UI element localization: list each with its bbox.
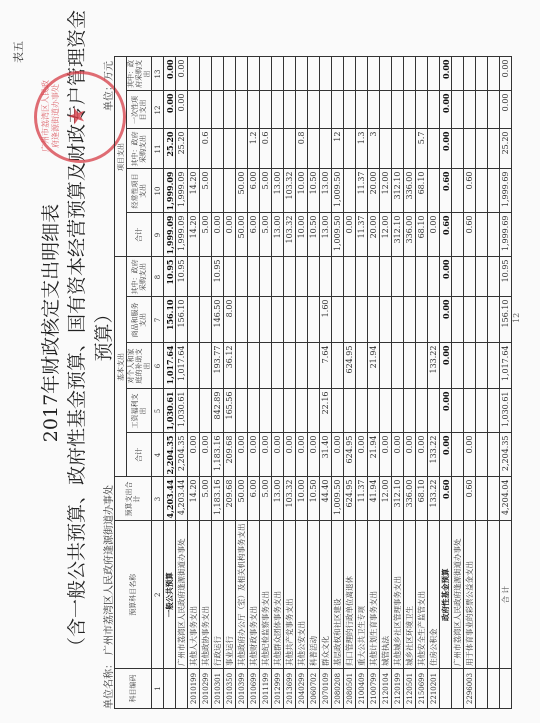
amount-cell-c9: 5.00 bbox=[260, 213, 272, 257]
table-row: 2010199其他人大事务支出14.200.0014.2014.20 bbox=[188, 57, 200, 709]
header-basic-group: 基本支出 bbox=[115, 257, 127, 477]
amount-cell-c9: 0.60 bbox=[464, 213, 476, 257]
column-index: 8 bbox=[152, 257, 164, 297]
amount-cell-c8 bbox=[272, 257, 284, 297]
account-name: 其他纪检监察事务支出 bbox=[260, 521, 272, 669]
amount-cell-c6 bbox=[464, 343, 476, 389]
amount-cell-c6 bbox=[236, 343, 248, 389]
amount-cell-c4: 0.00 bbox=[464, 433, 476, 477]
amount-cell-c5: 1,030.61 bbox=[176, 389, 188, 433]
amount-cell-c7 bbox=[452, 297, 464, 343]
amount-cell-c12 bbox=[188, 91, 200, 129]
amount-cell-c9: 13.00 bbox=[272, 213, 284, 257]
amount-cell-c12 bbox=[380, 91, 392, 129]
column-index: 4 bbox=[152, 433, 164, 477]
amount-cell-c8 bbox=[284, 257, 296, 297]
amount-cell-c13 bbox=[404, 57, 416, 91]
amount-cell-c12: 0.00 bbox=[500, 91, 512, 129]
amount-cell-c5 bbox=[344, 389, 356, 433]
column-index: 3 bbox=[152, 477, 164, 521]
account-name: 其他城乡社区管理事务支出 bbox=[392, 521, 404, 669]
amount-cell-c9 bbox=[488, 213, 500, 257]
account-code: 2013699 bbox=[284, 669, 296, 709]
amount-cell-c8 bbox=[320, 257, 332, 297]
amount-cell-c5 bbox=[260, 389, 272, 433]
amount-cell-c11: 0.00 bbox=[440, 129, 452, 169]
amount-cell-c12 bbox=[404, 91, 416, 129]
amount-cell-c6 bbox=[308, 343, 320, 389]
amount-cell-c11: 0.6 bbox=[200, 129, 212, 169]
amount-cell-c3: 1,183.16 bbox=[212, 477, 224, 521]
header-project-group: 项目支出 bbox=[115, 57, 127, 257]
header-basic-total: 合计 bbox=[127, 433, 152, 477]
amount-cell-c5 bbox=[296, 389, 308, 433]
amount-cell-c10: 11.37 bbox=[356, 169, 368, 213]
amount-cell-c13 bbox=[212, 57, 224, 91]
header-name: 预算科目名称 bbox=[115, 521, 152, 669]
unit-name-line: 单位名称：广州市荔湾区人民政府逢源街道办事处 bbox=[100, 485, 115, 709]
amount-cell-c12 bbox=[452, 91, 464, 129]
amount-cell-c13 bbox=[248, 57, 260, 91]
header-project-total: 合计 bbox=[127, 213, 152, 257]
header-recurring: 经常性项目支出 bbox=[127, 169, 152, 213]
amount-cell-c4: 0.00 bbox=[296, 433, 308, 477]
amount-cell-c13 bbox=[320, 57, 332, 91]
amount-cell-c12 bbox=[296, 91, 308, 129]
table-row: 广州市荔湾区人民政府逢源街道办事处4,203.442,204.351,030.6… bbox=[176, 57, 188, 709]
rotated-document: 表五 2017年财政核定支出明细表 （含一般公共预算、政府性基金预算、国有资本经… bbox=[0, 0, 540, 723]
amount-cell-c11: 25.20 bbox=[500, 129, 512, 169]
amount-cell-c6 bbox=[188, 343, 200, 389]
amount-cell-c4: 0.00 bbox=[356, 433, 368, 477]
amount-cell-c9: 1,999.69 bbox=[500, 213, 512, 257]
amount-cell-c9: 13.00 bbox=[320, 213, 332, 257]
amount-cell-c6 bbox=[296, 343, 308, 389]
amount-cell-c3: 4,204.04 bbox=[500, 477, 512, 521]
amount-cell-c9: 103.32 bbox=[284, 213, 296, 257]
table-row: 2150699其他安全生产监管支出68.100.0068.1068.105.7 bbox=[416, 57, 428, 709]
table-label: 表五 bbox=[10, 41, 26, 63]
amount-cell-c6 bbox=[284, 343, 296, 389]
table-row: 2296003用于体育事业的彩票公益金支出0.600.000.600.60 bbox=[464, 57, 476, 709]
amount-cell-c11 bbox=[224, 129, 236, 169]
amount-cell-c5: 842.89 bbox=[212, 389, 224, 433]
amount-cell-c13 bbox=[272, 57, 284, 91]
amount-cell-c11 bbox=[428, 129, 440, 169]
amount-cell-c13: 0.00 bbox=[500, 57, 512, 91]
account-name: 其他政协事务支出 bbox=[200, 521, 212, 669]
amount-cell-c11 bbox=[272, 129, 284, 169]
amount-cell-c9: 50.00 bbox=[236, 213, 248, 257]
amount-cell-c11 bbox=[404, 129, 416, 169]
amount-cell-c8 bbox=[380, 257, 392, 297]
amount-cell-c9: 0.00 bbox=[344, 213, 356, 257]
amount-cell-c5 bbox=[200, 389, 212, 433]
amount-cell-c10: 0.60 bbox=[464, 169, 476, 213]
amount-cell-c10 bbox=[212, 169, 224, 213]
amount-cell-c12: 0.00 bbox=[440, 91, 452, 129]
account-name: 广州市荔湾区人民政府逢源街道办事处 bbox=[452, 521, 464, 669]
amount-cell-c13: 0.00 bbox=[440, 57, 452, 91]
amount-cell-c9: 12.00 bbox=[380, 213, 392, 257]
amount-cell-c3: 13.00 bbox=[272, 477, 284, 521]
column-index: 12 bbox=[152, 91, 164, 129]
amount-cell-c11: 0.8 bbox=[296, 129, 308, 169]
amount-cell-c11: 25.20 bbox=[176, 129, 188, 169]
amount-cell-c6: 36.12 bbox=[224, 343, 236, 389]
amount-cell-c7: 8.00 bbox=[224, 297, 236, 343]
amount-cell-c3: 0.60 bbox=[464, 477, 476, 521]
amount-cell-c7: 156.10 bbox=[176, 297, 188, 343]
amount-cell-c11 bbox=[452, 129, 464, 169]
amount-cell-c13 bbox=[308, 57, 320, 91]
amount-cell-c9: 20.00 bbox=[368, 213, 380, 257]
account-name: 行政运行 bbox=[212, 521, 224, 669]
account-name: 政府性基金预算 bbox=[440, 521, 452, 669]
amount-cell-c3: 4,203.44 bbox=[176, 477, 188, 521]
amount-cell-c12 bbox=[476, 91, 488, 129]
amount-cell-c4: 0.00 bbox=[236, 433, 248, 477]
amount-cell-c7 bbox=[464, 297, 476, 343]
amount-cell-c11: 5.7 bbox=[416, 129, 428, 169]
amount-cell-c12 bbox=[320, 91, 332, 129]
column-index: 1 bbox=[152, 669, 164, 709]
amount-cell-c12 bbox=[284, 91, 296, 129]
account-code bbox=[440, 669, 452, 709]
account-name: 其他安全生产监管支出 bbox=[416, 521, 428, 669]
amount-cell-c8: 10.95 bbox=[212, 257, 224, 297]
amount-cell-c9 bbox=[476, 213, 488, 257]
amount-cell-c11 bbox=[308, 129, 320, 169]
amount-cell-c13 bbox=[236, 57, 248, 91]
column-index: 6 bbox=[152, 343, 164, 389]
amount-cell-c8: 10.95 bbox=[500, 257, 512, 297]
amount-cell-c11 bbox=[320, 129, 332, 169]
amount-cell-c4: 0.00 bbox=[188, 433, 200, 477]
amount-cell-c4: 2,204.35 bbox=[176, 433, 188, 477]
amount-cell-c12 bbox=[428, 91, 440, 129]
table-row: 一般公共预算4,203.442,204.351,030.611,017.6415… bbox=[164, 57, 176, 709]
amount-cell-c3: 0.60 bbox=[440, 477, 452, 521]
column-index: 13 bbox=[152, 57, 164, 91]
account-code: 2296003 bbox=[464, 669, 476, 709]
amount-cell-c7 bbox=[392, 297, 404, 343]
amount-cell-c3: 50.00 bbox=[236, 477, 248, 521]
amount-cell-c13 bbox=[464, 57, 476, 91]
account-code: 2040299 bbox=[296, 669, 308, 709]
header-index-row: 12345678910111213 bbox=[152, 57, 164, 709]
amount-cell-c3: 44.40 bbox=[320, 477, 332, 521]
account-name: 归口管理的行政单位离退休 bbox=[344, 521, 356, 669]
amount-cell-c9: 312.10 bbox=[392, 213, 404, 257]
amount-cell-c10: 12.00 bbox=[380, 169, 392, 213]
amount-cell-c6 bbox=[452, 343, 464, 389]
amount-cell-c6 bbox=[416, 343, 428, 389]
amount-cell-c11 bbox=[476, 129, 488, 169]
account-name: 群众文化 bbox=[320, 521, 332, 669]
amount-cell-c6: 21.94 bbox=[368, 343, 380, 389]
amount-cell-c4: 0.00 bbox=[260, 433, 272, 477]
account-name: 城管执法 bbox=[380, 521, 392, 669]
account-code bbox=[500, 669, 512, 709]
amount-cell-c5 bbox=[236, 389, 248, 433]
amount-cell-c13 bbox=[416, 57, 428, 91]
amount-cell-c13 bbox=[260, 57, 272, 91]
amount-cell-c4: 0.00 bbox=[332, 433, 344, 477]
amount-cell-c13 bbox=[488, 57, 500, 91]
budget-table: 科目编码 预算科目名称 预算支出合计 基本支出 项目支出 合计 工资福利支出 对… bbox=[114, 57, 512, 710]
amount-cell-c5 bbox=[368, 389, 380, 433]
amount-cell-c6 bbox=[392, 343, 404, 389]
amount-cell-c5: 1,030.61 bbox=[500, 389, 512, 433]
table-row bbox=[476, 57, 488, 709]
header-total: 预算支出合计 bbox=[115, 477, 152, 521]
amount-cell-c11 bbox=[188, 129, 200, 169]
amount-cell-c7 bbox=[188, 297, 200, 343]
amount-cell-c12 bbox=[392, 91, 404, 129]
amount-cell-c5 bbox=[332, 389, 344, 433]
account-name: 事业运行 bbox=[224, 521, 236, 669]
header-wages: 工资福利支出 bbox=[127, 389, 152, 433]
amount-cell-c12 bbox=[260, 91, 272, 129]
amount-cell-c7: 156.10 bbox=[164, 297, 176, 343]
account-code: 2010299 bbox=[200, 669, 212, 709]
amount-cell-c7: 0.00 bbox=[440, 297, 452, 343]
amount-cell-c11 bbox=[392, 129, 404, 169]
amount-cell-c4: 31.40 bbox=[320, 433, 332, 477]
header-recurring-procurement: 其中：政府采购支出 bbox=[127, 129, 152, 169]
seal-text: 广州市荔湾区人民政府逢源街道办事处 bbox=[41, 78, 61, 154]
account-code: 2011199 bbox=[260, 669, 272, 709]
amount-cell-c7 bbox=[416, 297, 428, 343]
amount-cell-c3: 10.00 bbox=[296, 477, 308, 521]
amount-cell-c7 bbox=[308, 297, 320, 343]
amount-cell-c4: 0.00 bbox=[392, 433, 404, 477]
table-row: 2100409重大公共卫生专项11.370.0011.3711.371.3 bbox=[356, 57, 368, 709]
account-name: 一般公共预算 bbox=[164, 521, 176, 669]
amount-cell-c5: 1,030.61 bbox=[164, 389, 176, 433]
amount-cell-c13 bbox=[356, 57, 368, 91]
amount-cell-c11 bbox=[236, 129, 248, 169]
amount-cell-c12 bbox=[236, 91, 248, 129]
table-row: 2070109群众文化44.4031.4022.167.641.6013.001… bbox=[320, 57, 332, 709]
amount-cell-c13 bbox=[392, 57, 404, 91]
account-name bbox=[488, 521, 500, 669]
account-name: 其他政府办公厅（室）及相关机构事务支出 bbox=[236, 521, 248, 669]
amount-cell-c4: 624.95 bbox=[344, 433, 356, 477]
amount-cell-c9: 11.37 bbox=[356, 213, 368, 257]
amount-cell-c8 bbox=[392, 257, 404, 297]
account-name: 基层政权和社区建设 bbox=[332, 521, 344, 669]
amount-cell-c11: 25.20 bbox=[164, 129, 176, 169]
amount-cell-c7 bbox=[380, 297, 392, 343]
amount-cell-c13 bbox=[224, 57, 236, 91]
amount-cell-c6 bbox=[332, 343, 344, 389]
amount-cell-c3: 5.00 bbox=[200, 477, 212, 521]
table-row: 2210201住房公积金133.22133.22133.220.00 bbox=[428, 57, 440, 709]
amount-cell-c3: 1,009.50 bbox=[332, 477, 344, 521]
amount-cell-c5 bbox=[284, 389, 296, 433]
amount-cell-c4: 2,204.35 bbox=[164, 433, 176, 477]
account-code: 2010301 bbox=[212, 669, 224, 709]
column-index: 9 bbox=[152, 213, 164, 257]
table-row: 2010399其他政府办公厅（室）及相关机构事务支出50.000.0050.00… bbox=[236, 57, 248, 709]
table-row: 广州市荔湾区人民政府逢源街道办事处 bbox=[452, 57, 464, 709]
amount-cell-c12 bbox=[464, 91, 476, 129]
table-row: 2013699其他共产党事务支出103.320.00103.32103.32 bbox=[284, 57, 296, 709]
amount-cell-c4: 133.22 bbox=[428, 433, 440, 477]
amount-cell-c5 bbox=[488, 389, 500, 433]
amount-cell-c5 bbox=[476, 389, 488, 433]
account-code: 2010699 bbox=[248, 669, 260, 709]
account-name: 合 计 bbox=[500, 521, 512, 669]
amount-cell-c7 bbox=[404, 297, 416, 343]
amount-cell-c4: 0.00 bbox=[308, 433, 320, 477]
amount-cell-c8: 10.95 bbox=[176, 257, 188, 297]
amount-cell-c9: 0.60 bbox=[440, 213, 452, 257]
account-name bbox=[476, 521, 488, 669]
seal-star-icon: ★ bbox=[65, 106, 90, 126]
account-code: 2210201 bbox=[428, 669, 440, 709]
amount-cell-c8 bbox=[428, 257, 440, 297]
amount-cell-c9: 5.00 bbox=[200, 213, 212, 257]
amount-cell-c10: 1,999.09 bbox=[176, 169, 188, 213]
account-code: 2080501 bbox=[344, 669, 356, 709]
amount-cell-c7 bbox=[344, 297, 356, 343]
amount-cell-c12 bbox=[308, 91, 320, 129]
amount-cell-c5 bbox=[404, 389, 416, 433]
amount-cell-c9: 68.10 bbox=[416, 213, 428, 257]
amount-cell-c3: 11.37 bbox=[356, 477, 368, 521]
table-row: 2100799其他计划生育事务支出41.9421.9421.9420.0020.… bbox=[368, 57, 380, 709]
amount-cell-c13: 0.00 bbox=[176, 57, 188, 91]
amount-cell-c13 bbox=[368, 57, 380, 91]
amount-cell-c11: 0.6 bbox=[260, 129, 272, 169]
account-name: 科普活动 bbox=[308, 521, 320, 669]
table-row: 2010301行政运行1,183.161,183.16842.89193.771… bbox=[212, 57, 224, 709]
amount-cell-c6: 624.95 bbox=[344, 343, 356, 389]
amount-cell-c4 bbox=[488, 433, 500, 477]
account-code: 2080208 bbox=[332, 669, 344, 709]
amount-cell-c11 bbox=[344, 129, 356, 169]
amount-cell-c3: 68.10 bbox=[416, 477, 428, 521]
amount-cell-c5: 0.00 bbox=[440, 389, 452, 433]
account-code: 2120501 bbox=[404, 669, 416, 709]
amount-cell-c6: 7.64 bbox=[320, 343, 332, 389]
table-row: 2060702科普活动10.500.0010.5010.50 bbox=[308, 57, 320, 709]
account-code: 2150699 bbox=[416, 669, 428, 709]
amount-cell-c12 bbox=[356, 91, 368, 129]
amount-cell-c13 bbox=[344, 57, 356, 91]
amount-cell-c3 bbox=[488, 477, 500, 521]
table-row: 2120199其他城乡社区管理事务支出312.100.00312.10312.1… bbox=[392, 57, 404, 709]
amount-cell-c5 bbox=[272, 389, 284, 433]
amount-cell-c7 bbox=[476, 297, 488, 343]
amount-cell-c3: 6.00 bbox=[248, 477, 260, 521]
amount-cell-c13 bbox=[200, 57, 212, 91]
account-name: 其他人大事务支出 bbox=[188, 521, 200, 669]
amount-cell-c8 bbox=[404, 257, 416, 297]
account-code: 2120199 bbox=[392, 669, 404, 709]
amount-cell-c8: 0.00 bbox=[440, 257, 452, 297]
amount-cell-c12 bbox=[368, 91, 380, 129]
table-row: 2012999其他群众团体事务支出13.000.0013.0013.00 bbox=[272, 57, 284, 709]
amount-cell-c12 bbox=[488, 91, 500, 129]
account-code: 2010350 bbox=[224, 669, 236, 709]
amount-cell-c7 bbox=[200, 297, 212, 343]
amount-cell-c13: 0.00 bbox=[164, 57, 176, 91]
amount-cell-c4: 0.00 bbox=[416, 433, 428, 477]
amount-cell-c5 bbox=[356, 389, 368, 433]
amount-cell-c3: 12.00 bbox=[380, 477, 392, 521]
amount-cell-c9: 1,999.09 bbox=[176, 213, 188, 257]
amount-cell-c8 bbox=[356, 257, 368, 297]
amount-cell-c3 bbox=[452, 477, 464, 521]
amount-cell-c4: 2,204.35 bbox=[500, 433, 512, 477]
amount-cell-c5 bbox=[452, 389, 464, 433]
account-name: 其他计划生育事务支出 bbox=[368, 521, 380, 669]
amount-cell-c10 bbox=[428, 169, 440, 213]
amount-cell-c4: 0.00 bbox=[404, 433, 416, 477]
amount-cell-c4 bbox=[476, 433, 488, 477]
account-code: 2100409 bbox=[356, 669, 368, 709]
table-row bbox=[488, 57, 500, 709]
amount-cell-c9: 10.50 bbox=[308, 213, 320, 257]
amount-cell-c12: 0.00 bbox=[164, 91, 176, 129]
amount-cell-c3: 133.22 bbox=[428, 477, 440, 521]
amount-cell-c10 bbox=[344, 169, 356, 213]
account-code: 2060702 bbox=[308, 669, 320, 709]
amount-cell-c4: 209.68 bbox=[224, 433, 236, 477]
amount-cell-c9: 1,999.09 bbox=[164, 213, 176, 257]
header-row-group: 科目编码 预算科目名称 预算支出合计 基本支出 项目支出 bbox=[115, 57, 127, 709]
amount-cell-c5 bbox=[416, 389, 428, 433]
column-index: 11 bbox=[152, 129, 164, 169]
amount-cell-c5 bbox=[392, 389, 404, 433]
amount-cell-c10: 5.00 bbox=[200, 169, 212, 213]
amount-cell-c7 bbox=[488, 297, 500, 343]
table-row: 2010699其他财政事务支出6.000.006.006.001.2 bbox=[248, 57, 260, 709]
amount-cell-c12 bbox=[272, 91, 284, 129]
table-row: 合 计4,204.042,204.351,030.611,017.64156.1… bbox=[500, 57, 512, 709]
account-code: 2012999 bbox=[272, 669, 284, 709]
account-name: 用于体育事业的彩票公益金支出 bbox=[464, 521, 476, 669]
document-title: 2017年财政核定支出明细表 bbox=[36, 103, 63, 543]
amount-cell-c12: 0.00 bbox=[176, 91, 188, 129]
amount-cell-c8 bbox=[308, 257, 320, 297]
amount-cell-c7 bbox=[248, 297, 260, 343]
amount-cell-c3: 312.10 bbox=[392, 477, 404, 521]
amount-cell-c13 bbox=[452, 57, 464, 91]
account-name: 其他公安支出 bbox=[296, 521, 308, 669]
amount-cell-c5: 165.56 bbox=[224, 389, 236, 433]
account-name: 住房公积金 bbox=[428, 521, 440, 669]
amount-cell-c12 bbox=[416, 91, 428, 129]
account-code bbox=[476, 669, 488, 709]
account-name: 其他群众团体事务支出 bbox=[272, 521, 284, 669]
amount-cell-c3: 5.00 bbox=[260, 477, 272, 521]
amount-cell-c6: 1,017.64 bbox=[164, 343, 176, 389]
account-name: 城乡社区环境卫生 bbox=[404, 521, 416, 669]
amount-cell-c10: 10.50 bbox=[308, 169, 320, 213]
table-row: 2120501城乡社区环境卫生336.000.00336.00336.00 bbox=[404, 57, 416, 709]
amount-cell-c9: 0.00 bbox=[224, 213, 236, 257]
amount-cell-c5 bbox=[464, 389, 476, 433]
account-code: 2120104 bbox=[380, 669, 392, 709]
account-name: 重大公共卫生专项 bbox=[356, 521, 368, 669]
amount-cell-c4: 0.00 bbox=[380, 433, 392, 477]
account-code bbox=[452, 669, 464, 709]
